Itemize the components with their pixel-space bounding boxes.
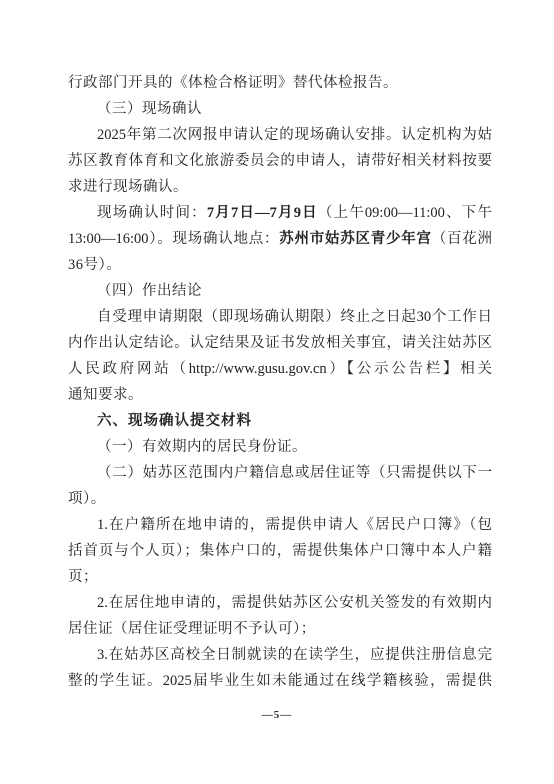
text-line: 括首页与个人页）；集体户口的，需提供集体户口簿中本人户籍 — [68, 538, 492, 564]
text-line: 3.在姑苏区高校全日制就读的在读学生，应提供注册信息完 — [68, 642, 492, 668]
body-text: 自受理申请期限（即现场确认期限）终止之日起30个工作日 — [97, 309, 492, 325]
text-line: （一）有效期内的居民身份证。 — [68, 434, 492, 460]
body-text: 括首页与个人页）；集体户口的，需提供集体户口簿中本人户籍 — [68, 543, 492, 559]
body-text: 居住证（居住证受理证明不予认可）； — [68, 621, 316, 637]
text-line: 1.在户籍所在地申请的，需提供申请人《居民户口簿》（包 — [68, 512, 492, 538]
body-text: 36号）。 — [68, 257, 121, 273]
body-text: 苏区教育体育和文化旅游委员会的申请人，请带好相关材料按要 — [68, 153, 492, 169]
document-page: 行政部门开具的《体检合格证明》替代体检报告。（三）现场确认2025年第二次网报申… — [0, 0, 554, 784]
text-line: 现场确认时间：7月7日—7月9日（上午09:00—11:00、下午 — [68, 200, 492, 226]
body-text: 2025年第二次网报申请认定的现场确认安排。认定机构为姑 — [97, 127, 492, 143]
text-line: 苏区教育体育和文化旅游委员会的申请人，请带好相关材料按要 — [68, 148, 492, 174]
text-line: 页； — [68, 564, 492, 590]
text-line: 通知要求。 — [68, 382, 492, 408]
body-text: 2.在居住地申请的，需提供姑苏区公安机关签发的有效期内 — [97, 595, 492, 611]
section-heading: 六、现场确认提交材料 — [97, 413, 252, 429]
body-text: （二）姑苏区范围内户籍信息或居住证等（只需提供以下一 — [97, 465, 492, 481]
body-text: （上午09:00—11:00、下午 — [318, 205, 492, 221]
text-line: 求进行现场确认。 — [68, 174, 492, 200]
body-text: （一）有效期内的居民身份证。 — [97, 439, 307, 455]
page-number: —5— — [0, 709, 554, 721]
text-line: 2.在居住地申请的，需提供姑苏区公安机关签发的有效期内 — [68, 590, 492, 616]
text-line: 自受理申请期限（即现场确认期限）终止之日起30个工作日 — [68, 304, 492, 330]
body-text: 1.在户籍所在地申请的，需提供申请人《居民户口簿》（包 — [97, 517, 492, 533]
text-line: （三）现场确认 — [68, 96, 492, 122]
text-line: （二）姑苏区范围内户籍信息或居住证等（只需提供以下一 — [68, 460, 492, 486]
text-line: 人民政府网站（http://www.gusu.gov.cn）【公示公告栏】相关 — [68, 356, 492, 382]
text-line: 36号）。 — [68, 252, 492, 278]
body-text: 内作出认定结论。认定结果及证书发放相关事宜，请关注姑苏区 — [68, 335, 492, 351]
body-text: （三）现场确认 — [97, 101, 202, 117]
body-text: 行政部门开具的《体检合格证明》替代体检报告。 — [68, 75, 398, 91]
text-line: 行政部门开具的《体检合格证明》替代体检报告。 — [68, 70, 492, 96]
body-text: 人民政府网站（http://www.gusu.gov.cn）【公示公告栏】相关 — [68, 361, 492, 377]
body-text: 项）。 — [68, 491, 106, 507]
body-text: 通知要求。 — [68, 387, 143, 403]
body-text: （四）作出结论 — [97, 283, 202, 299]
body-text: 13:00—16:00）。现场确认地点： — [68, 231, 279, 247]
body-text: 整的学生证。2025届毕业生如未能通过在线学籍核验，需提供 — [68, 673, 492, 689]
text-line: （四）作出结论 — [68, 278, 492, 304]
document-body: 行政部门开具的《体检合格证明》替代体检报告。（三）现场确认2025年第二次网报申… — [68, 70, 492, 694]
text-line: 整的学生证。2025届毕业生如未能通过在线学籍核验，需提供 — [68, 668, 492, 694]
body-text: 现场确认时间： — [97, 205, 207, 221]
text-line: 居住证（居住证受理证明不予认可）； — [68, 616, 492, 642]
text-line: 项）。 — [68, 486, 492, 512]
emphasis-text: 7月7日—7月9日 — [207, 205, 318, 221]
body-text: 求进行现场确认。 — [68, 179, 188, 195]
body-text: 3.在姑苏区高校全日制就读的在读学生，应提供注册信息完 — [97, 647, 492, 663]
body-text: （百花洲 — [432, 231, 492, 247]
body-text: 页； — [68, 569, 98, 585]
text-line: 六、现场确认提交材料 — [68, 408, 492, 434]
emphasis-text: 苏州市姑苏区青少年宫 — [279, 231, 431, 247]
text-line: 13:00—16:00）。现场确认地点：苏州市姑苏区青少年宫（百花洲 — [68, 226, 492, 252]
text-line: 内作出认定结论。认定结果及证书发放相关事宜，请关注姑苏区 — [68, 330, 492, 356]
text-line: 2025年第二次网报申请认定的现场确认安排。认定机构为姑 — [68, 122, 492, 148]
